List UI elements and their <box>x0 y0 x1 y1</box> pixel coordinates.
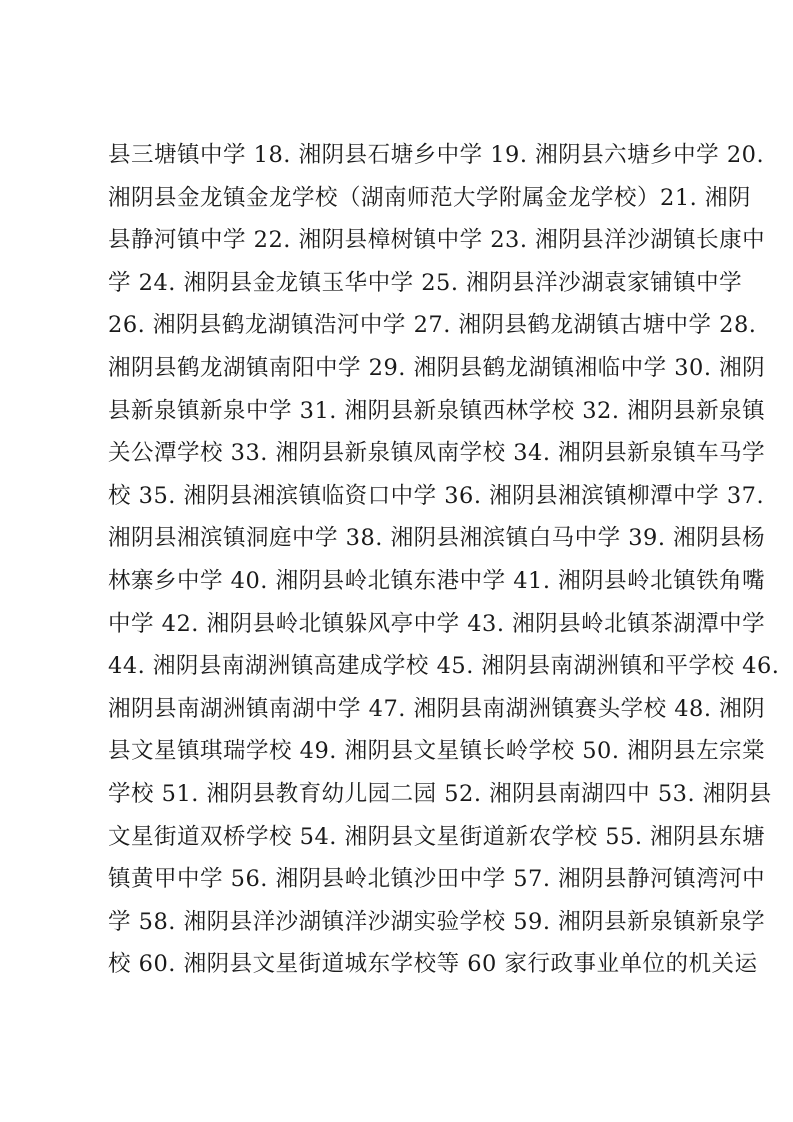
text-line: 县文星镇琪瑞学校 49. 湘阴县文星镇长岭学校 50. 湘阴县左宗棠 <box>108 736 716 779</box>
text-line: 26. 湘阴县鹤龙湖镇浩河中学 27. 湘阴县鹤龙湖镇古塘中学 28. <box>108 310 716 353</box>
text-line: 县静河镇中学 22. 湘阴县樟树镇中学 23. 湘阴县洋沙湖镇长康中 <box>108 225 716 268</box>
text-line: 校 60. 湘阴县文星街道城东学校等 60 家行政事业单位的机关运 <box>108 949 716 992</box>
text-line: 湘阴县鹤龙湖镇南阳中学 29. 湘阴县鹤龙湖镇湘临中学 30. 湘阴 <box>108 353 716 396</box>
text-line: 学校 51. 湘阴县教育幼儿园二园 52. 湘阴县南湖四中 53. 湘阴县 <box>108 779 716 822</box>
text-line: 中学 42. 湘阴县岭北镇躲风亭中学 43. 湘阴县岭北镇茶湖潭中学 <box>108 609 716 652</box>
text-line: 林寨乡中学 40. 湘阴县岭北镇东港中学 41. 湘阴县岭北镇铁角嘴 <box>108 566 716 609</box>
text-line: 县新泉镇新泉中学 31. 湘阴县新泉镇西林学校 32. 湘阴县新泉镇 <box>108 396 716 439</box>
text-line: 学 24. 湘阴县金龙镇玉华中学 25. 湘阴县洋沙湖袁家铺镇中学 <box>108 268 716 311</box>
text-line: 湘阴县南湖洲镇南湖中学 47. 湘阴县南湖洲镇赛头学校 48. 湘阴 <box>108 694 716 737</box>
text-line: 44. 湘阴县南湖洲镇高建成学校 45. 湘阴县南湖洲镇和平学校 46. <box>108 651 716 694</box>
text-line: 镇黄甲中学 56. 湘阴县岭北镇沙田中学 57. 湘阴县静河镇湾河中 <box>108 864 716 907</box>
body-paragraph: 县三塘镇中学 18. 湘阴县石塘乡中学 19. 湘阴县六塘乡中学 20. 湘阴县… <box>108 140 716 992</box>
text-line: 湘阴县金龙镇金龙学校（湖南师范大学附属金龙学校）21. 湘阴 <box>108 183 716 226</box>
text-line: 湘阴县湘滨镇洞庭中学 38. 湘阴县湘滨镇白马中学 39. 湘阴县杨 <box>108 523 716 566</box>
document-page: 县三塘镇中学 18. 湘阴县石塘乡中学 19. 湘阴县六塘乡中学 20. 湘阴县… <box>0 0 793 1122</box>
text-line: 学 58. 湘阴县洋沙湖镇洋沙湖实验学校 59. 湘阴县新泉镇新泉学 <box>108 907 716 950</box>
text-line: 县三塘镇中学 18. 湘阴县石塘乡中学 19. 湘阴县六塘乡中学 20. <box>108 140 716 183</box>
text-line: 校 35. 湘阴县湘滨镇临资口中学 36. 湘阴县湘滨镇柳潭中学 37. <box>108 481 716 524</box>
text-line: 文星街道双桥学校 54. 湘阴县文星街道新农学校 55. 湘阴县东塘 <box>108 822 716 865</box>
text-line: 关公潭学校 33. 湘阴县新泉镇凤南学校 34. 湘阴县新泉镇车马学 <box>108 438 716 481</box>
